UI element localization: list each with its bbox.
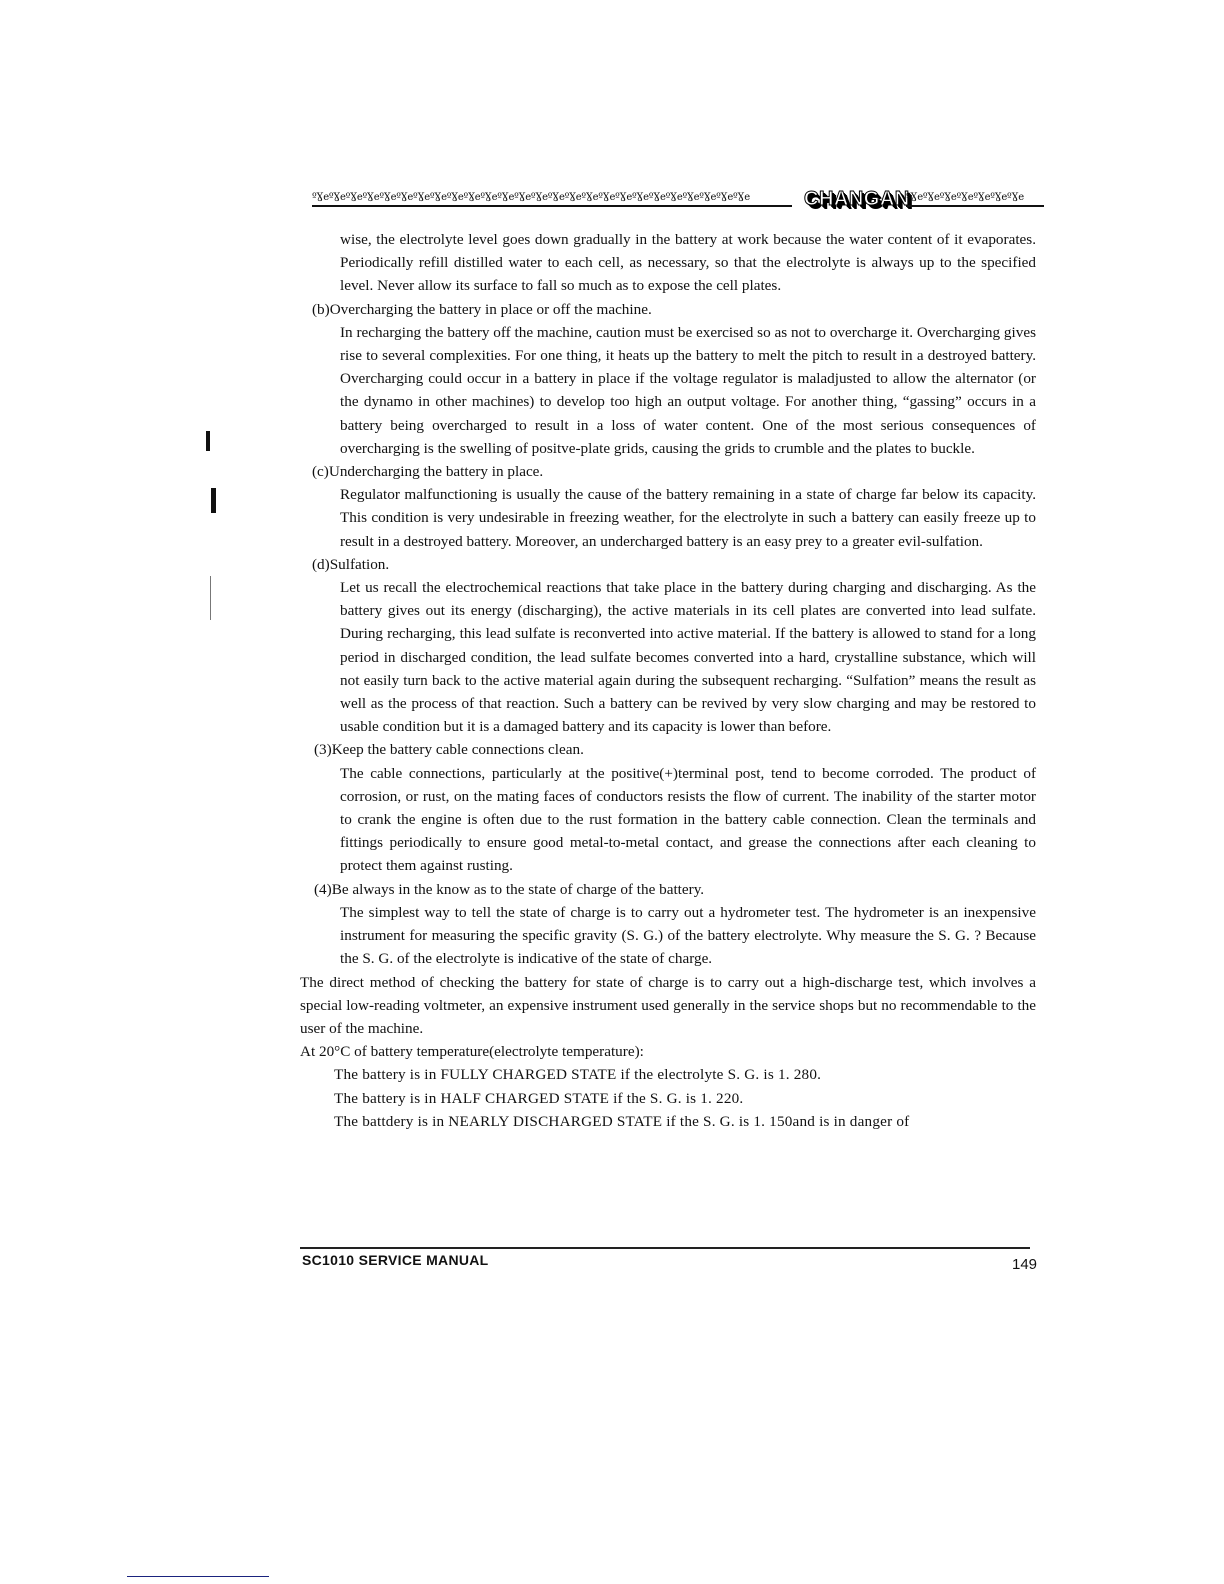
margin-mark	[211, 488, 216, 513]
header-ornament-right: ºƔeºƔeºƔeºƔeºƔeºƔeºƔe	[906, 191, 1044, 207]
margin-mark	[210, 576, 211, 620]
paragraph-electrolyte-level: wise, the electrolyte level goes down gr…	[300, 228, 1036, 298]
section-4-body: The simplest way to tell the state of ch…	[300, 901, 1036, 971]
paragraph-direct-method: The direct method of checking the batter…	[300, 971, 1036, 1041]
section-3-heading: (3)Keep the battery cable connections cl…	[300, 738, 1036, 761]
section-4-heading: (4)Be always in the know as to the state…	[300, 878, 1036, 901]
section-d-heading: (d)Sulfation.	[300, 553, 1036, 576]
page-number: 149	[1012, 1256, 1037, 1273]
state-nearly-discharged: The battdery is in NEARLY DISCHARGED STA…	[300, 1110, 1036, 1133]
brand-logo: CHANGAN	[804, 188, 910, 211]
section-c-body: Regulator malfunctioning is usually the …	[300, 483, 1036, 553]
temperature-line: At 20°C of battery temperature(electroly…	[300, 1040, 1036, 1063]
document-body: wise, the electrolyte level goes down gr…	[300, 228, 1036, 1133]
state-fully-charged: The battery is in FULLY CHARGED STATE if…	[300, 1063, 1036, 1086]
section-d-body: Let us recall the electrochemical reacti…	[300, 576, 1036, 738]
manual-title: SC1010 SERVICE MANUAL	[302, 1252, 489, 1268]
state-half-charged: The battery is in HALF CHARGED STATE if …	[300, 1087, 1036, 1110]
header-ornament-left: ºƔeºƔeºƔeºƔeºƔeºƔeºƔeºƔeºƔeºƔeºƔeºƔeºƔeº…	[312, 191, 792, 207]
page-header: ºƔeºƔeºƔeºƔeºƔeºƔeºƔeºƔeºƔeºƔeºƔeºƔeºƔeº…	[312, 188, 1028, 212]
margin-mark	[206, 431, 210, 451]
section-3-body: The cable connections, particularly at t…	[300, 762, 1036, 878]
footnote-rule	[127, 1576, 269, 1577]
section-b-body: In recharging the battery off the machin…	[300, 321, 1036, 460]
section-b-heading: (b)Overcharging the battery in place or …	[300, 298, 1036, 321]
section-c-heading: (c)Undercharging the battery in place.	[300, 460, 1036, 483]
footer-rule	[300, 1247, 1030, 1249]
